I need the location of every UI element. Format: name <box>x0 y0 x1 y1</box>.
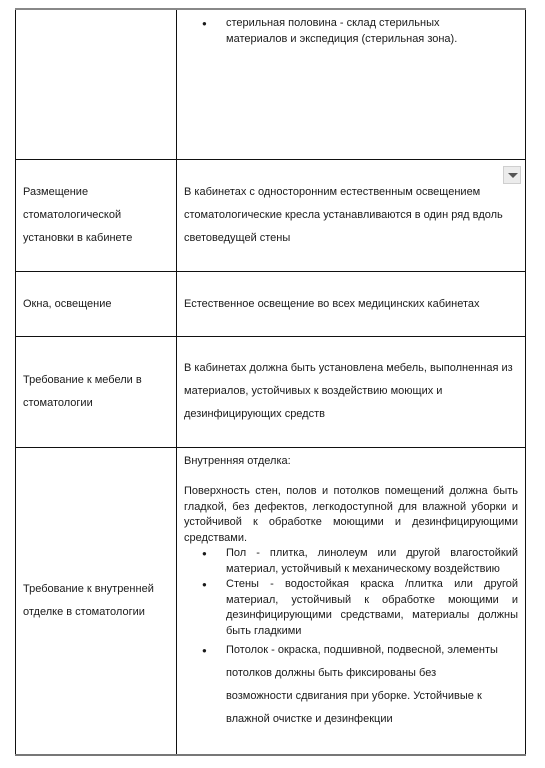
row-content: В кабинетах с односторонним естественным… <box>177 159 526 271</box>
table-row: Размещение стоматологической установки в… <box>16 159 526 271</box>
table-row: Требование к внутренней отделке в стомат… <box>16 447 526 755</box>
section-heading: Внутренняя отделка: <box>184 454 518 470</box>
bullet-list: стерильная половина - склад стерильных м… <box>184 16 518 47</box>
table-row: Требование к мебели в стоматологии В каб… <box>16 336 526 447</box>
bullet-list: Пол - плитка, линолеум или другой влагос… <box>184 546 518 731</box>
table-row: Окна, освещение Естественное освещение в… <box>16 271 526 336</box>
section-paragraph: Поверхность стен, полов и потолков помещ… <box>184 484 518 546</box>
row-content: Внутренняя отделка: Поверхность стен, по… <box>177 447 526 755</box>
list-item: Стены - водостойкая краска /плитка или д… <box>226 577 518 639</box>
row-label: Размещение стоматологической установки в… <box>16 159 177 271</box>
row-label <box>16 9 177 159</box>
row-content: Естественное освещение во всех медицинск… <box>177 271 526 336</box>
row-text: В кабинетах с односторонним естественным… <box>184 186 503 244</box>
list-item: Потолок - окраска, подшивной, подвесной,… <box>226 639 518 731</box>
list-item: стерильная половина - склад стерильных м… <box>226 16 518 47</box>
row-label: Окна, освещение <box>16 271 177 336</box>
row-content: В кабинетах должна быть установлена мебе… <box>177 336 526 447</box>
table-row: стерильная половина - склад стерильных м… <box>16 9 526 159</box>
row-label: Требование к внутренней отделке в стомат… <box>16 447 177 755</box>
row-content: стерильная половина - склад стерильных м… <box>177 9 526 159</box>
requirements-table: стерильная половина - склад стерильных м… <box>15 8 526 756</box>
list-item: Пол - плитка, линолеум или другой влагос… <box>226 546 518 577</box>
row-label: Требование к мебели в стоматологии <box>16 336 177 447</box>
dropdown-arrow-icon[interactable] <box>503 166 521 184</box>
